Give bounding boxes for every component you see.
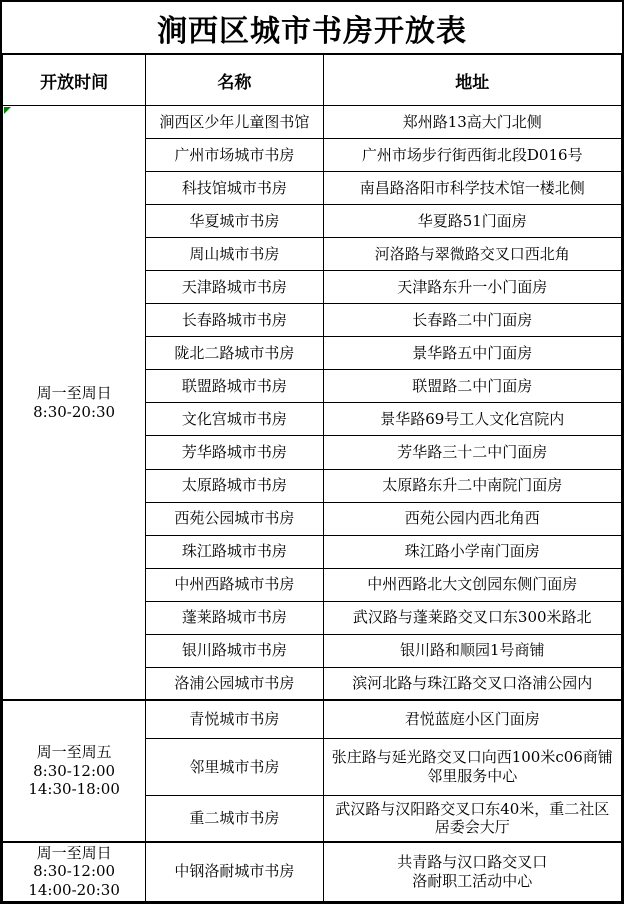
bookroom-name-cell: 天津路城市书房 <box>146 271 323 304</box>
bookroom-name-cell: 珠江路城市书房 <box>146 535 323 568</box>
address-line: 滨河北路与珠江路交叉口洛浦公园内 <box>326 674 620 693</box>
open-time-line: 14:00-20:30 <box>5 881 143 900</box>
address-line: 武汉路与蓬莱路交叉口东300米路北 <box>326 608 620 627</box>
open-time-cell: 周一至周日8:30-12:0014:00-20:30 <box>3 842 146 902</box>
address-line: 张庄路与延光路交叉口向西100米c06商铺 <box>326 748 620 767</box>
open-time-line: 8:30-12:00 <box>5 762 143 781</box>
bookroom-name-cell: 科技馆城市书房 <box>146 172 323 205</box>
column-header-open-time: 开放时间 <box>3 55 146 106</box>
bookroom-name-cell: 西苑公园城市书房 <box>146 502 323 535</box>
address-line: 共青路与汉口路交叉口 <box>326 853 620 872</box>
bookroom-address-cell: 广州市场步行街西街北段D016号 <box>323 139 622 172</box>
bookroom-name-cell: 中钢洛耐城市书房 <box>146 842 323 902</box>
bookroom-name-cell: 邻里城市书房 <box>146 738 323 795</box>
open-time-line: 周一至周五 <box>5 743 143 762</box>
bookroom-name-cell: 洛浦公园城市书房 <box>146 667 323 700</box>
bookroom-address-cell: 芳华路三十二中门面房 <box>323 436 622 469</box>
page-title: 涧西区城市书房开放表 <box>2 2 622 54</box>
bookroom-name-cell: 长春路城市书房 <box>146 304 323 337</box>
bookroom-name-cell: 中州西路城市书房 <box>146 568 323 601</box>
address-line: 中州西路北大文创园东侧门面房 <box>326 575 620 594</box>
table-row: 周一至周五8:30-12:0014:30-18:00青悦城市书房君悦蓝庭小区门面… <box>3 700 622 738</box>
bookroom-name-cell: 太原路城市书房 <box>146 469 323 502</box>
column-header-name: 名称 <box>146 55 323 106</box>
bookroom-address-cell: 太原路东升二中南院门面房 <box>323 469 622 502</box>
address-line: 景华路69号工人文化宫院内 <box>326 410 620 429</box>
address-line: 景华路五中门面房 <box>326 344 620 363</box>
bookroom-address-cell: 张庄路与延光路交叉口向西100米c06商铺邻里服务中心 <box>323 738 622 795</box>
bookroom-address-cell: 景华路69号工人文化宫院内 <box>323 403 622 436</box>
bookroom-address-cell: 长春路二中门面房 <box>323 304 622 337</box>
bookroom-address-cell: 南昌路洛阳市科学技术馆一楼北侧 <box>323 172 622 205</box>
bookroom-address-cell: 联盟路二中门面房 <box>323 370 622 403</box>
bookroom-name-cell: 联盟路城市书房 <box>146 370 323 403</box>
table-row: 周一至周日8:30-20:30涧西区少年儿童图书馆郑州路13高大门北侧 <box>3 106 622 139</box>
address-line: 居委会大厅 <box>326 818 620 837</box>
bookroom-name-cell: 青悦城市书房 <box>146 700 323 738</box>
address-line: 银川路和顺园1号商铺 <box>326 641 620 660</box>
bookroom-address-cell: 景华路五中门面房 <box>323 337 622 370</box>
cell-error-indicator-icon <box>4 107 11 114</box>
address-line: 广州市场步行街西街北段D016号 <box>326 146 620 165</box>
bookroom-address-cell: 河洛路与翠微路交叉口西北角 <box>323 238 622 271</box>
address-line: 邻里服务中心 <box>326 767 620 786</box>
address-line: 芳华路三十二中门面房 <box>326 443 620 462</box>
table-body: 周一至周日8:30-20:30涧西区少年儿童图书馆郑州路13高大门北侧广州市场城… <box>3 106 622 902</box>
bookroom-name-cell: 周山城市书房 <box>146 238 323 271</box>
bookroom-name-cell: 银川路城市书房 <box>146 634 323 667</box>
bookroom-address-cell: 郑州路13高大门北侧 <box>323 106 622 139</box>
address-line: 南昌路洛阳市科学技术馆一楼北侧 <box>326 179 620 198</box>
bookroom-address-cell: 中州西路北大文创园东侧门面房 <box>323 568 622 601</box>
header-row: 开放时间 名称 地址 <box>3 55 622 106</box>
address-line: 太原路东升二中南院门面房 <box>326 476 620 495</box>
address-line: 联盟路二中门面房 <box>326 377 620 396</box>
bookroom-name-cell: 涧西区少年儿童图书馆 <box>146 106 323 139</box>
open-time-line: 14:30-18:00 <box>5 780 143 799</box>
address-line: 洛耐职工活动中心 <box>326 872 620 891</box>
bookroom-address-cell: 滨河北路与珠江路交叉口洛浦公园内 <box>323 667 622 700</box>
address-line: 河洛路与翠微路交叉口西北角 <box>326 245 620 264</box>
bookroom-address-cell: 武汉路与汉阳路交叉口东40米，重二社区居委会大厅 <box>323 795 622 841</box>
bookroom-address-cell: 天津路东升一小门面房 <box>323 271 622 304</box>
bookroom-address-cell: 西苑公园内西北角西 <box>323 502 622 535</box>
open-time-line: 周一至周日 <box>5 844 143 863</box>
bookroom-address-cell: 武汉路与蓬莱路交叉口东300米路北 <box>323 601 622 634</box>
bookroom-name-cell: 芳华路城市书房 <box>146 436 323 469</box>
address-line: 华夏路51门面房 <box>326 212 620 231</box>
open-time-cell: 周一至周五8:30-12:0014:30-18:00 <box>3 700 146 841</box>
table-row: 周一至周日8:30-12:0014:00-20:30中钢洛耐城市书房共青路与汉口… <box>3 842 622 902</box>
bookroom-name-cell: 华夏城市书房 <box>146 205 323 238</box>
address-line: 珠江路小学南门面房 <box>326 542 620 561</box>
bookroom-name-cell: 广州市场城市书房 <box>146 139 323 172</box>
open-hours-sheet: 涧西区城市书房开放表 开放时间 名称 地址 周一至周日8:30-20:30涧西区… <box>0 0 624 904</box>
column-header-address: 地址 <box>323 55 622 106</box>
bookroom-address-cell: 共青路与汉口路交叉口洛耐职工活动中心 <box>323 842 622 902</box>
bookroom-name-cell: 陇北二路城市书房 <box>146 337 323 370</box>
address-line: 武汉路与汉阳路交叉口东40米，重二社区 <box>326 800 620 819</box>
bookroom-address-cell: 珠江路小学南门面房 <box>323 535 622 568</box>
open-time-cell: 周一至周日8:30-20:30 <box>3 106 146 701</box>
address-line: 天津路东升一小门面房 <box>326 278 620 297</box>
address-line: 君悦蓝庭小区门面房 <box>326 710 620 729</box>
open-time-line: 8:30-20:30 <box>5 403 143 422</box>
bookroom-name-cell: 文化宫城市书房 <box>146 403 323 436</box>
address-line: 西苑公园内西北角西 <box>326 509 620 528</box>
address-line: 长春路二中门面房 <box>326 311 620 330</box>
open-time-line: 8:30-12:00 <box>5 862 143 881</box>
bookroom-address-cell: 银川路和顺园1号商铺 <box>323 634 622 667</box>
opening-table: 开放时间 名称 地址 周一至周日8:30-20:30涧西区少年儿童图书馆郑州路1… <box>2 54 622 902</box>
open-time-line: 周一至周日 <box>5 384 143 403</box>
bookroom-address-cell: 君悦蓝庭小区门面房 <box>323 700 622 738</box>
bookroom-name-cell: 蓬莱路城市书房 <box>146 601 323 634</box>
bookroom-address-cell: 华夏路51门面房 <box>323 205 622 238</box>
bookroom-name-cell: 重二城市书房 <box>146 795 323 841</box>
address-line: 郑州路13高大门北侧 <box>326 113 620 132</box>
